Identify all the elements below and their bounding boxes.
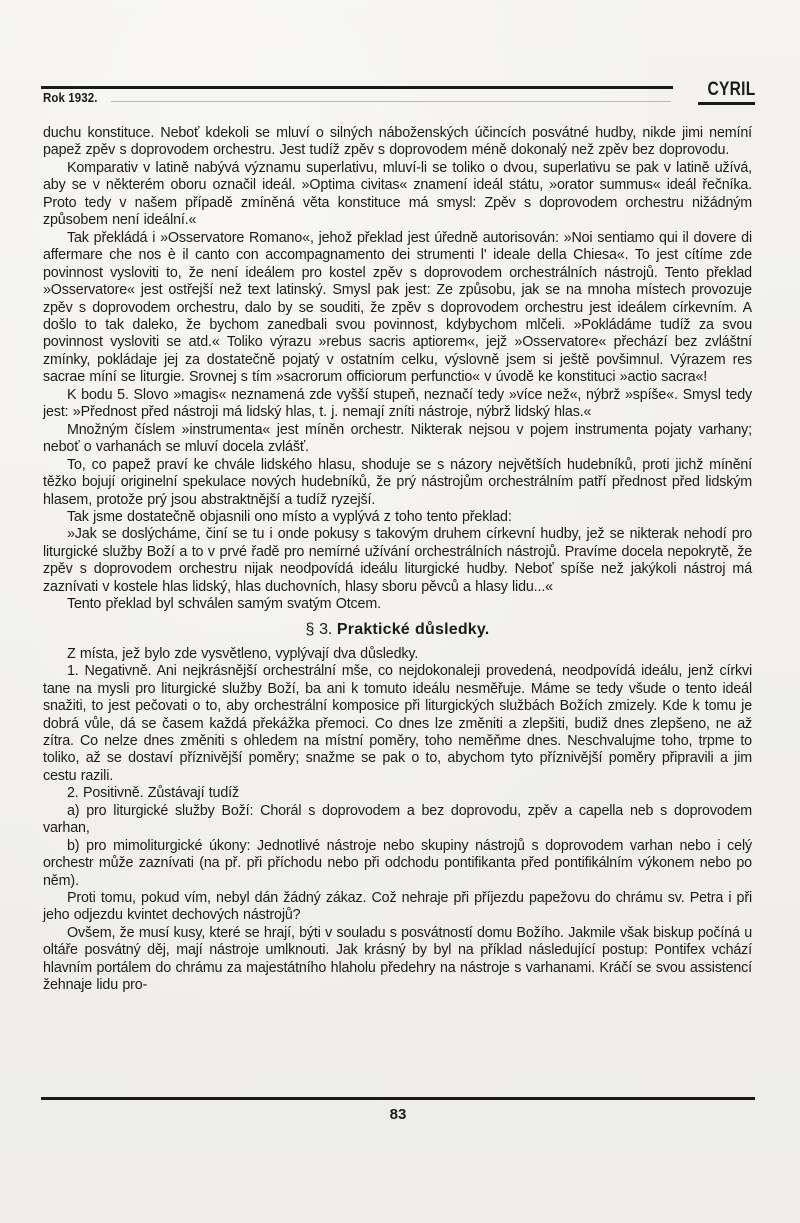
document-page: Rok 1932. CYRIL duchu konstituce. Neboť …	[0, 0, 800, 1223]
paragraph: Množným číslem »instrumenta« jest míněn …	[43, 422, 752, 457]
paragraph: To, co papež praví ke chvále lidského hl…	[43, 457, 752, 509]
paragraph: Tak překládá i »Osservatore Romano«, jeh…	[43, 230, 752, 387]
journal-title: CYRIL	[707, 79, 755, 101]
paragraph: K bodu 5. Slovo »magis« neznamená zde vy…	[43, 387, 752, 422]
section-title: Praktické důsledky.	[337, 621, 490, 638]
header-rule	[41, 86, 673, 89]
article-body: duchu konstituce. Neboť kdekoli se mluví…	[43, 125, 752, 995]
paragraph: 1. Negativně. Ani nejkrásnější orchestrá…	[43, 663, 752, 785]
header-year: Rok 1932.	[43, 91, 98, 105]
paragraph: Z místa, jež bylo zde vysvětleno, vyplýv…	[43, 646, 752, 663]
journal-title-rule	[698, 102, 755, 105]
paragraph: Komparativ v latině nabývá významu super…	[43, 160, 752, 230]
paragraph: duchu konstituce. Neboť kdekoli se mluví…	[43, 125, 752, 160]
paragraph: »Jak se doslýcháme, činí se tu i onde po…	[43, 526, 752, 596]
running-header: Rok 1932. CYRIL	[41, 84, 755, 114]
paragraph: Ovšem, že musí kusy, které se hrají, být…	[43, 925, 752, 995]
section-number: § 3.	[306, 621, 333, 638]
header-thin-rule	[111, 101, 671, 102]
page-number: 83	[41, 1106, 755, 1123]
paragraph: 2. Positivně. Zůstávají tudíž	[43, 785, 752, 802]
paragraph: a) pro liturgické služby Boží: Chorál s …	[43, 803, 752, 838]
paragraph: Proti tomu, pokud vím, nebyl dán žádný z…	[43, 890, 752, 925]
footer-rule	[41, 1097, 755, 1100]
paragraph: Tak jsme dostatečně objasnili ono místo …	[43, 509, 752, 526]
section-heading: § 3. Praktické důsledky.	[43, 620, 752, 640]
paragraph: b) pro mimoliturgické úkony: Jednotlivé …	[43, 838, 752, 890]
paragraph: Tento překlad byl schválen samým svatým …	[43, 596, 752, 613]
